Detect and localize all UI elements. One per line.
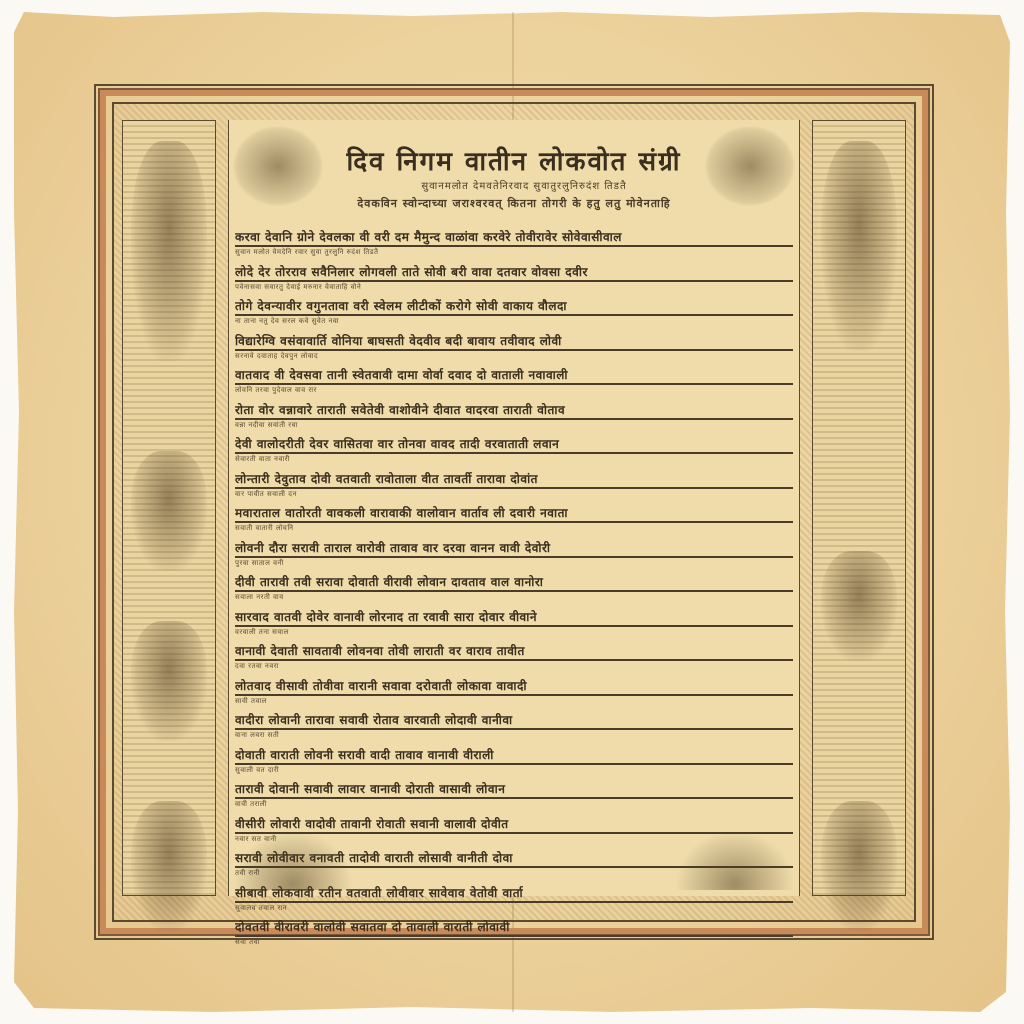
text-line-gloss: सवा तवी [235, 937, 793, 947]
text-line-gloss: पुरवा साताल वनी [235, 558, 793, 568]
text-line: दोवाती वाराती लोवनी सरावी वादी तावाव वान… [235, 748, 793, 783]
vignette-illustration [131, 451, 207, 571]
text-line-gloss: सावी तवाल [235, 696, 793, 706]
text-line-gloss: वावी तराली [235, 799, 793, 809]
left-illustration-column [122, 120, 216, 896]
text-line: देवी वालोदरीती देवर वासितवा वार तोनवा वा… [235, 437, 793, 472]
text-line-main: लोन्तारी देवुताव दोवी वतवाती रावोताला वी… [235, 472, 793, 489]
text-line-main: रोता वोर वन्नावारे ताराती सवेतेवी वाशोवी… [235, 403, 793, 420]
text-line-main: दोवतवी वीरावरी वालोवी सवातवा दो तावाली व… [235, 920, 793, 937]
text-line-gloss: सुवाली वत दारी [235, 765, 793, 775]
text-line: लोवनी दौरा सरावी ताराल वारोवी तावाव वार … [235, 541, 793, 576]
text-line-main: वादीरा लोवानी तारावा सवावी रोताव वारवाती… [235, 713, 793, 730]
inner-panel: दिव निगम वातीन लोकवोत संग्री सुवानमलोत द… [112, 102, 916, 922]
text-line-main: वानावी देवाती सावतावी लोवनवा तोवी लाराती… [235, 644, 793, 661]
text-line: सारवाद वातवी दोवेर वानावी लोरनाद ता रवाव… [235, 610, 793, 645]
text-line: मवाराताल वातोरती वावकली वारावाकी वालोवान… [235, 506, 793, 541]
text-line-gloss: पवेनासवा सवारतु देवाई मरुनार वेवाताहि वो… [235, 282, 793, 292]
text-column: दिव निगम वातीन लोकवोत संग्री सुवानमलोत द… [228, 120, 800, 896]
text-line-main: दोवाती वाराती लोवनी सरावी वादी तावाव वान… [235, 748, 793, 765]
text-line: सीबावी लोकवावी रतीन वतवाती लोवीवार सावेव… [235, 886, 793, 921]
text-line-main: वातवाद वी देवसवा तानी स्वेतवावी दामा वोर… [235, 368, 793, 385]
text-line: तारावी दोवानी सवावी लावार वानावी दोराती … [235, 782, 793, 817]
text-line-main: लोवनी दौरा सरावी ताराल वारोवी तावाव वार … [235, 541, 793, 558]
deity-figure-illustration [821, 141, 897, 351]
text-line-gloss: सुवान मलोत वेमदेनि रवार सुवा तुरलुनि रुद… [235, 247, 793, 257]
text-line: दोवतवी वीरावरी वालोवी सवातवा दो तावाली व… [235, 920, 793, 955]
text-line: रोता वोर वन्नावारे ताराती सवेतेवी वाशोवी… [235, 403, 793, 438]
text-line-main: करवा देवानि ग्रोने देवलका वी वरी दम मैमु… [235, 230, 793, 247]
right-illustration-column [812, 120, 906, 896]
text-line-gloss: सवाती वातारी लोवनि [235, 523, 793, 533]
text-line: लोतवाद वीसावी तोवीवा वारानी सवावा दरोवात… [235, 679, 793, 714]
landscape-illustration-right [675, 830, 795, 890]
manuscript-subtitle: सुवानमलोत देमवतेनिरवाद सुवातुरलुनिरुदंश … [379, 178, 669, 192]
text-line: तोगे देवन्यावीर वगुनतावा वरी स्वेलम लीटी… [235, 299, 793, 334]
text-line-gloss: लोवनि तरवा पुदेवाल वाव रार [235, 385, 793, 395]
text-line-main: तोगे देवन्यावीर वगुनतावा वरी स्वेलम लीटी… [235, 299, 793, 316]
landscape-illustration-left [233, 830, 353, 890]
text-line: दीवी तारावी तवी सरावा दोवाती वीरावी लोवा… [235, 575, 793, 610]
text-line-main: मवाराताल वातोरती वावकली वारावाकी वालोवान… [235, 506, 793, 523]
text-line-gloss: दवा रतवा नवरा [235, 661, 793, 671]
text-line-gloss: वाना लवरा सती [235, 730, 793, 740]
heading-line: देवकविन स्वोन्दाच्या जराश्वरवत् कितना तो… [319, 196, 709, 211]
text-line-main: दीवी तारावी तवी सरावा दोवाती वीरावी लोवा… [235, 575, 793, 592]
vignette-illustration [131, 621, 207, 741]
text-line-main: लोदे देर तोरराव सवैनिलार लोगवली ताते सोव… [235, 265, 793, 282]
text-line-main: देवी वालोदरीती देवर वासितवा वार तोनवा वा… [235, 437, 793, 454]
text-line: लोन्तारी देवुताव दोवी वतवाती रावोताला वी… [235, 472, 793, 507]
ornamental-frame: दिव निगम वातीन लोकवोत संग्री सुवानमलोत द… [94, 84, 934, 940]
text-line: वातवाद वी देवसवा तानी स्वेतवावी दामा वोर… [235, 368, 793, 403]
text-line: विद्यारेग्वि वसंवावार्ति वोनिया बाघसती व… [235, 334, 793, 369]
text-line-main: तारावी दोवानी सवावी लावार वानावी दोराती … [235, 782, 793, 799]
text-line-gloss: सरनावे दवाताह देवपुन लोवाद [235, 351, 793, 361]
text-line: लोदे देर तोरराव सवैनिलार लोगवली ताते सोव… [235, 265, 793, 300]
text-line-main: विद्यारेग्वि वसंवावार्ति वोनिया बाघसती व… [235, 334, 793, 351]
text-line: वानावी देवाती सावतावी लोवनवा तोवी लाराती… [235, 644, 793, 679]
text-line-gloss: वन्ना नदीवा सवांती रवा [235, 420, 793, 430]
text-line-gloss: सवाला नरती वाव [235, 592, 793, 602]
text-line-gloss: वार पावीत सवाली दन [235, 489, 793, 499]
text-line-main: लोतवाद वीसावी तोवीवा वारानी सवावा दरोवात… [235, 679, 793, 696]
text-line-main: सारवाद वातवी दोवेर वानावी लोरनाद ता रवाव… [235, 610, 793, 627]
text-line-gloss: ना ताना नतु देव सरल कवे सुवेत नवा [235, 316, 793, 326]
seated-figure-illustration [131, 801, 207, 931]
vignette-illustration [821, 551, 897, 661]
text-line-gloss: वरवाली तना सवाल [235, 627, 793, 637]
seated-figure-illustration [821, 801, 897, 931]
manuscript-title: दिव निगम वातीन लोकवोत संग्री [229, 142, 799, 178]
text-line: वादीरा लोवानी तारावा सवावी रोताव वारवाती… [235, 713, 793, 748]
deity-figure-illustration [131, 141, 207, 361]
text-line-gloss: सुवालव तवाल रान [235, 903, 793, 913]
text-line-gloss: सेवारती वाता नवारी [235, 454, 793, 464]
text-line: करवा देवानि ग्रोने देवलका वी वरी दम मैमु… [235, 230, 793, 265]
